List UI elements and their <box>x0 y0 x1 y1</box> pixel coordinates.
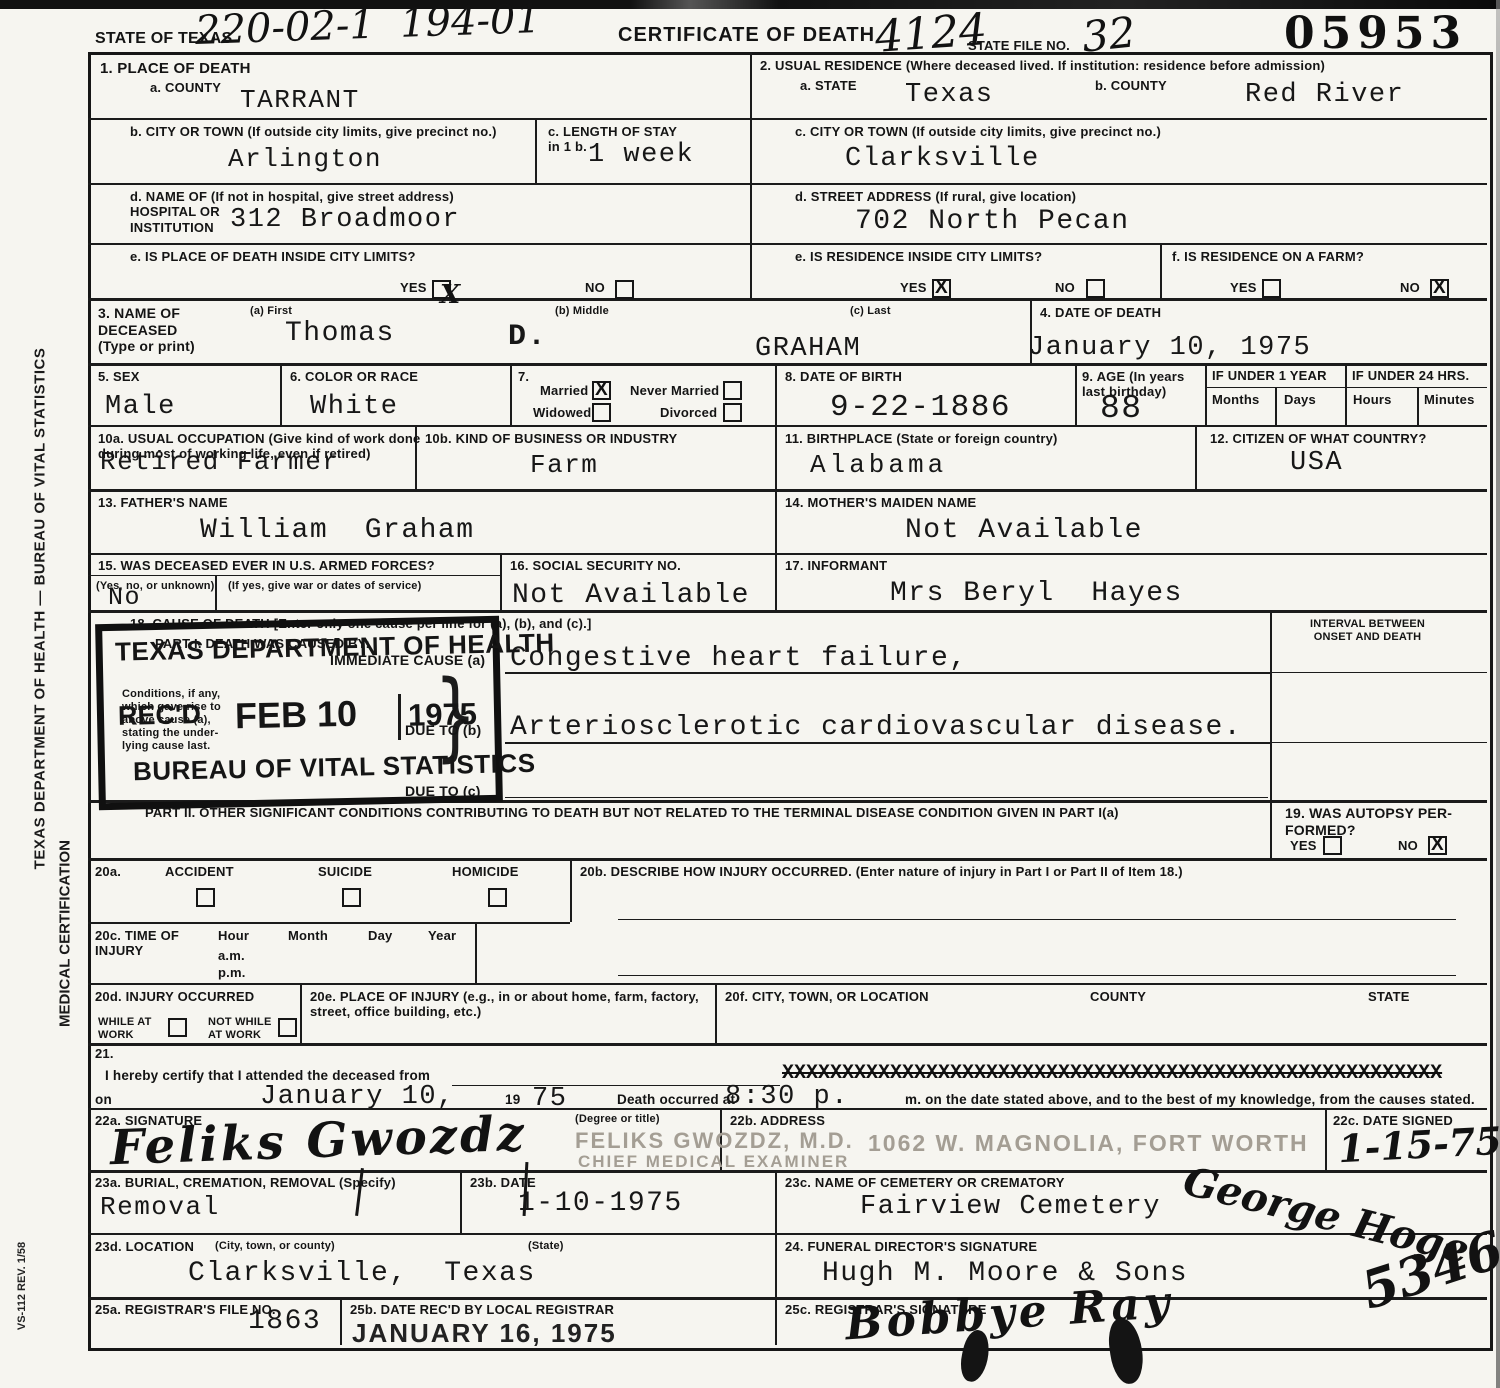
time-of-injury-label: 20c. TIME OF INJURY <box>95 928 179 959</box>
fathers-name-label: 13. FATHER'S NAME <box>98 495 228 510</box>
location-label: 23d. LOCATION <box>95 1239 194 1254</box>
accident-checkbox <box>196 888 215 907</box>
citizen-value: USA <box>1290 448 1343 478</box>
married-checkbox: X <box>592 381 611 400</box>
residence-limits-yes-label: YES <box>900 280 927 295</box>
immediate-cause-value: Congestive heart failure, <box>510 643 968 674</box>
armed-forces-value: No <box>108 583 141 612</box>
date-of-death-value: January 10, 1975 <box>1028 333 1311 363</box>
last-name-value: GRAHAM <box>755 334 861 364</box>
married-label: Married <box>540 383 588 398</box>
on-label: on <box>95 1092 112 1108</box>
physician-stamp-name: FELIKS GWOZDZ, M.D. <box>575 1128 854 1154</box>
farm-yes-label: YES <box>1230 280 1257 295</box>
armed-forces-sub2: (If yes, give war or dates of service) <box>228 580 421 593</box>
ssn-label: 16. SOCIAL SECURITY NO. <box>510 558 681 573</box>
location-sub2: (State) <box>528 1240 564 1253</box>
stamp-feb10: FEB 10 <box>235 693 358 738</box>
suicide-checkbox <box>342 888 361 907</box>
due-to-b-value: Arteriosclerotic cardiovascular disease. <box>510 712 1242 743</box>
location-sub1: (City, town, or county) <box>215 1240 335 1253</box>
injury-city-label: 20f. CITY, TOWN, OR LOCATION <box>725 989 929 1004</box>
certify-rest-text: m. on the date stated above, and to the … <box>905 1092 1490 1108</box>
date-signed-value: 1-15-75 <box>1337 1118 1500 1172</box>
married-mark: X <box>595 379 608 401</box>
months-label: Months <box>1212 392 1259 407</box>
residence-county-label: b. COUNTY <box>1095 78 1167 93</box>
degree-title-label: (Degree or title) <box>575 1113 660 1126</box>
sex-label: 5. SEX <box>98 369 140 384</box>
item-21-number: 21. <box>95 1046 114 1061</box>
farm-no-mark: X <box>1433 277 1446 299</box>
autopsy-no-label: NO <box>1398 838 1418 853</box>
registrar-file-value: 1863 <box>248 1306 321 1337</box>
hospital-value: 312 Broadmoor <box>230 205 460 235</box>
if-under-1-year-label: IF UNDER 1 YEAR <box>1212 368 1327 383</box>
informant-label: 17. INFORMANT <box>785 558 887 573</box>
suicide-label: SUICIDE <box>318 864 372 879</box>
residence-state-value: Texas <box>905 80 994 110</box>
county-label: a. COUNTY <box>150 80 221 95</box>
minutes-label: Minutes <box>1424 392 1475 407</box>
burial-label: 23a. BURIAL, CREMATION, REMOVAL (Specify… <box>95 1175 396 1190</box>
never-married-checkbox <box>723 381 742 400</box>
mothers-name-label: 14. MOTHER'S MAIDEN NAME <box>785 495 976 510</box>
date-of-death-label: 4. DATE OF DEATH <box>1040 305 1161 320</box>
residence-city-limits-label: e. IS RESIDENCE INSIDE CITY LIMITS? <box>795 249 1042 264</box>
handwritten-file-code: 220-02-1 194-01 <box>194 0 541 54</box>
farm-yes-checkbox <box>1262 279 1281 298</box>
stamp-year: 1975 <box>408 696 478 733</box>
death-occurred-label: Death occurred at <box>617 1092 735 1108</box>
death-limits-no-label: NO <box>585 280 605 295</box>
farm-no-label: NO <box>1400 280 1420 295</box>
residence-state-label: a. STATE <box>800 78 857 93</box>
homicide-checkbox <box>488 888 507 907</box>
year-label: Year <box>428 928 456 943</box>
age-value: 88 <box>1100 390 1143 427</box>
marital-label: 7. <box>518 369 529 384</box>
margin-form-number: VS-112 REV. 1/58 <box>16 1216 28 1356</box>
injury-occurred-label: 20d. INJURY OCCURRED <box>95 989 254 1004</box>
length-of-stay-value: 1 week <box>588 140 694 170</box>
interval-label: INTERVAL BETWEEN ONSET AND DEATH <box>1310 618 1425 644</box>
residence-limits-no-checkbox <box>1086 279 1105 298</box>
race-value: White <box>310 392 399 422</box>
autopsy-yes-checkbox <box>1323 836 1342 855</box>
race-label: 6. COLOR OR RACE <box>290 369 418 384</box>
middle-name-value: D. <box>508 320 547 354</box>
residence-limits-yes-checkbox: X <box>932 279 951 298</box>
homicide-label: HOMICIDE <box>452 864 519 879</box>
month-label: Month <box>288 928 328 943</box>
item-20a-number: 20a. <box>95 864 121 879</box>
occupation-value: Retired Farmer <box>100 447 339 477</box>
divorced-label: Divorced <box>660 405 717 420</box>
while-at-work-label: WHILE AT WORK <box>98 1016 152 1042</box>
widowed-label: Widowed <box>533 405 591 420</box>
margin-department-text: TEXAS DEPARTMENT OF HEALTH — BUREAU OF V… <box>32 214 49 1004</box>
location-value: Clarksville, Texas <box>188 1258 536 1289</box>
first-name-label: (a) First <box>250 305 292 318</box>
never-married-label: Never Married <box>630 383 719 398</box>
residence-city-label: c. CITY OR TOWN (If outside city limits,… <box>795 124 1161 139</box>
funeral-director-label: 24. FUNERAL DIRECTOR'S SIGNATURE <box>785 1239 1037 1254</box>
informant-value: Mrs Beryl Hayes <box>890 578 1183 609</box>
pm-label: p.m. <box>218 965 246 980</box>
stamp-recd: REC'D <box>118 699 202 732</box>
farm-no-checkbox: X <box>1430 279 1449 298</box>
hour-label: Hour <box>218 928 249 943</box>
mothers-name-value: Not Available <box>905 515 1143 546</box>
injury-state-label: STATE <box>1368 989 1410 1004</box>
accident-label: ACCIDENT <box>165 864 234 879</box>
business-value: Farm <box>530 450 598 480</box>
while-at-work-checkbox <box>168 1018 187 1037</box>
street-address-label: d. STREET ADDRESS (If rural, give locati… <box>795 189 1076 204</box>
certificate-title: CERTIFICATE OF DEATH <box>618 24 875 48</box>
citizen-label: 12. CITIZEN OF WHAT COUNTRY? <box>1210 431 1426 446</box>
death-limits-yes-label: YES <box>400 280 427 295</box>
margin-medical-certification: MEDICAL CERTIFICATION <box>57 784 74 1084</box>
hours-label: Hours <box>1353 392 1392 407</box>
day-label: Day <box>368 928 392 943</box>
physician-stamp-title: CHIEF MEDICAL EXAMINER <box>578 1152 849 1172</box>
burial-date-value: 1-10-1975 <box>518 1188 683 1219</box>
death-limits-yes-handmark: X <box>440 280 460 310</box>
days-label: Days <box>1284 392 1316 407</box>
city-town-label: b. CITY OR TOWN (If outside city limits,… <box>130 124 497 139</box>
death-city-limits-label: e. IS PLACE OF DEATH INSIDE CITY LIMITS? <box>130 249 416 264</box>
divorced-checkbox <box>723 403 742 422</box>
certify-year-value: 75 <box>532 1084 567 1114</box>
place-of-injury-label: 20e. PLACE OF INJURY (e.g., in or about … <box>310 989 710 1020</box>
not-while-at-work-label: NOT WHILE AT WORK <box>208 1016 272 1042</box>
describe-injury-label: 20b. DESCRIBE HOW INJURY OCCURRED. (Ente… <box>580 864 1460 879</box>
part2-label: PART II. OTHER SIGNIFICANT CONDITIONS CO… <box>145 805 1255 820</box>
sex-value: Male <box>105 392 176 422</box>
autopsy-no-checkbox: X <box>1428 836 1447 855</box>
middle-name-label: (b) Middle <box>555 305 609 318</box>
autopsy-no-mark: X <box>1431 834 1444 856</box>
birthplace-value: Alabama <box>810 450 947 480</box>
last-name-label: (c) Last <box>850 305 891 318</box>
scan-artifact-right <box>1496 0 1500 1388</box>
date-recd-label: 25b. DATE REC'D BY LOCAL REGISTRAR <box>350 1302 614 1317</box>
residence-city-value: Clarksville <box>845 144 1040 174</box>
business-label: 10b. KIND OF BUSINESS OR INDUSTRY <box>425 431 677 446</box>
residence-county-value: Red River <box>1245 80 1404 110</box>
cemetery-value: Fairview Cemetery <box>860 1192 1161 1222</box>
burial-value: Removal <box>100 1192 220 1222</box>
ssn-value: Not Available <box>512 580 750 611</box>
cemetery-label: 23c. NAME OF CEMETERY OR CREMATORY <box>785 1175 1065 1190</box>
county-value: TARRANT <box>240 85 360 115</box>
name-of-deceased-label: 3. NAME OF DECEASED (Type or print) <box>98 305 195 355</box>
not-while-at-work-checkbox <box>278 1018 297 1037</box>
first-name-value: Thomas <box>285 318 395 349</box>
struck-out-text: XXXXXXXXXXXXXXXXXXXXXXXXXXXXXXXXXXXXXXXX… <box>782 1062 1488 1085</box>
widowed-checkbox <box>592 403 611 422</box>
city-town-value: Arlington <box>228 144 382 174</box>
street-address-value: 702 North Pecan <box>855 206 1130 237</box>
armed-forces-label: 15. WAS DECEASED EVER IN U.S. ARMED FORC… <box>98 558 435 573</box>
fathers-name-value: William Graham <box>200 515 475 546</box>
place-of-death-label: 1. PLACE OF DEATH <box>100 60 251 78</box>
residence-limits-yes-mark: X <box>935 277 948 299</box>
date-recd-value: JANUARY 16, 1975 <box>352 1318 617 1349</box>
residence-limits-no-label: NO <box>1055 280 1075 295</box>
date-of-birth-value: 9-22-1886 <box>830 390 1011 425</box>
usual-residence-label: 2. USUAL RESIDENCE (Where deceased lived… <box>760 58 1480 73</box>
autopsy-yes-label: YES <box>1290 838 1317 853</box>
date-of-birth-label: 8. DATE OF BIRTH <box>785 369 902 384</box>
residence-farm-label: f. IS RESIDENCE ON A FARM? <box>1172 249 1364 264</box>
birthplace-label: 11. BIRTHPLACE (State or foreign country… <box>785 431 1058 446</box>
address-label: 22b. ADDRESS <box>730 1113 825 1128</box>
if-under-24-hrs-label: IF UNDER 24 HRS. <box>1352 368 1469 383</box>
address-stamp: 1062 W. MAGNOLIA, FORT WORTH <box>868 1130 1309 1157</box>
autopsy-label: 19. WAS AUTOPSY PER- FORMED? <box>1285 805 1452 838</box>
death-certificate-scan: STATE OF TEXAS 220-02-1 194-01 CERTIFICA… <box>0 0 1500 1388</box>
death-limits-no-checkbox <box>615 280 634 299</box>
injury-county-label: COUNTY <box>1090 989 1146 1004</box>
am-label: a.m. <box>218 948 245 963</box>
